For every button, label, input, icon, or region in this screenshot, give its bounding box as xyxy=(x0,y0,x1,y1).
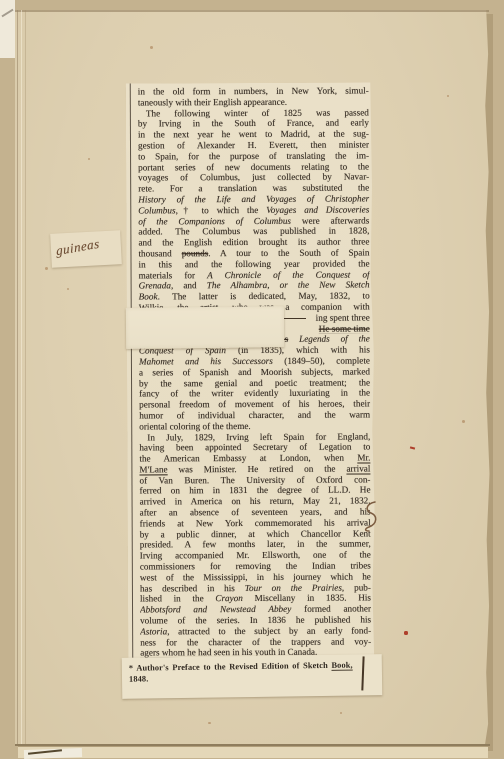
text-line: Astoria, attracted to the subject by an … xyxy=(140,625,371,637)
text-line: Columbus,† to which the Voyages and Disc… xyxy=(138,204,369,216)
foxing-speck xyxy=(88,158,90,160)
foxing-speck xyxy=(67,288,69,290)
text-line: in the old form in numbers, in New York,… xyxy=(138,85,369,97)
foxing-speck xyxy=(462,420,465,423)
text-line: to Spain, for the purpose of translating… xyxy=(138,150,369,162)
foxing-speck xyxy=(208,722,211,724)
binding-crease-highlight xyxy=(21,10,22,746)
red-pen-speck xyxy=(404,631,408,635)
text-line: ness for the character of the trappers a… xyxy=(140,636,371,648)
next-page-edge xyxy=(18,747,488,758)
pen-mark xyxy=(284,318,306,319)
handwritten-note: guineas xyxy=(56,236,100,260)
blank-correction-slip xyxy=(126,306,284,349)
newspaper-clipping: in the old form in numbers, in New York,… xyxy=(126,82,376,663)
foxing-speck xyxy=(340,712,342,714)
binding-crease xyxy=(25,10,26,746)
binding-crease xyxy=(17,10,18,746)
handwritten-note-slip: guineas xyxy=(50,230,122,268)
text-line: Mahomet and his Successors (1849–50), co… xyxy=(139,355,370,367)
text-line: a series of Spanish and Moorish subjects… xyxy=(139,366,370,378)
page-bottom-edge xyxy=(15,744,490,746)
text-line: M'Lane was Minister. He retired on the a… xyxy=(139,463,370,475)
text-line: friends at New York commemorated his arr… xyxy=(140,517,371,529)
text-line: thousand pounds. A tour to the South of … xyxy=(138,247,369,259)
foxing-speck xyxy=(447,95,449,97)
page-top-edge xyxy=(15,10,489,12)
foxing-speck xyxy=(150,46,153,49)
footnote-text: * Author's Preface to the Revised Editio… xyxy=(129,659,376,684)
text-line: the American Embassy at London, when Mr. xyxy=(139,453,370,465)
foxing-speck xyxy=(45,267,48,270)
footnote-slip: * Author's Preface to the Revised Editio… xyxy=(122,654,383,699)
text-line: commissioners for removing the Indian tr… xyxy=(140,561,371,573)
margin-squiggle-mark xyxy=(361,500,381,532)
text-line: personal freedom of movement of his hero… xyxy=(139,399,370,411)
text-line: humor of individual character, and the w… xyxy=(139,409,370,421)
clipping-text-column: in the old form in numbers, in New York,… xyxy=(130,82,376,663)
text-line: gestion of Alexander H. Everett, then mi… xyxy=(138,139,369,151)
text-line: volume of the series. In 1836 he publish… xyxy=(140,615,371,627)
text-line: after an absence of seventeen years, and… xyxy=(140,507,371,519)
scanned-page: in the old form in numbers, in New York,… xyxy=(0,0,504,759)
